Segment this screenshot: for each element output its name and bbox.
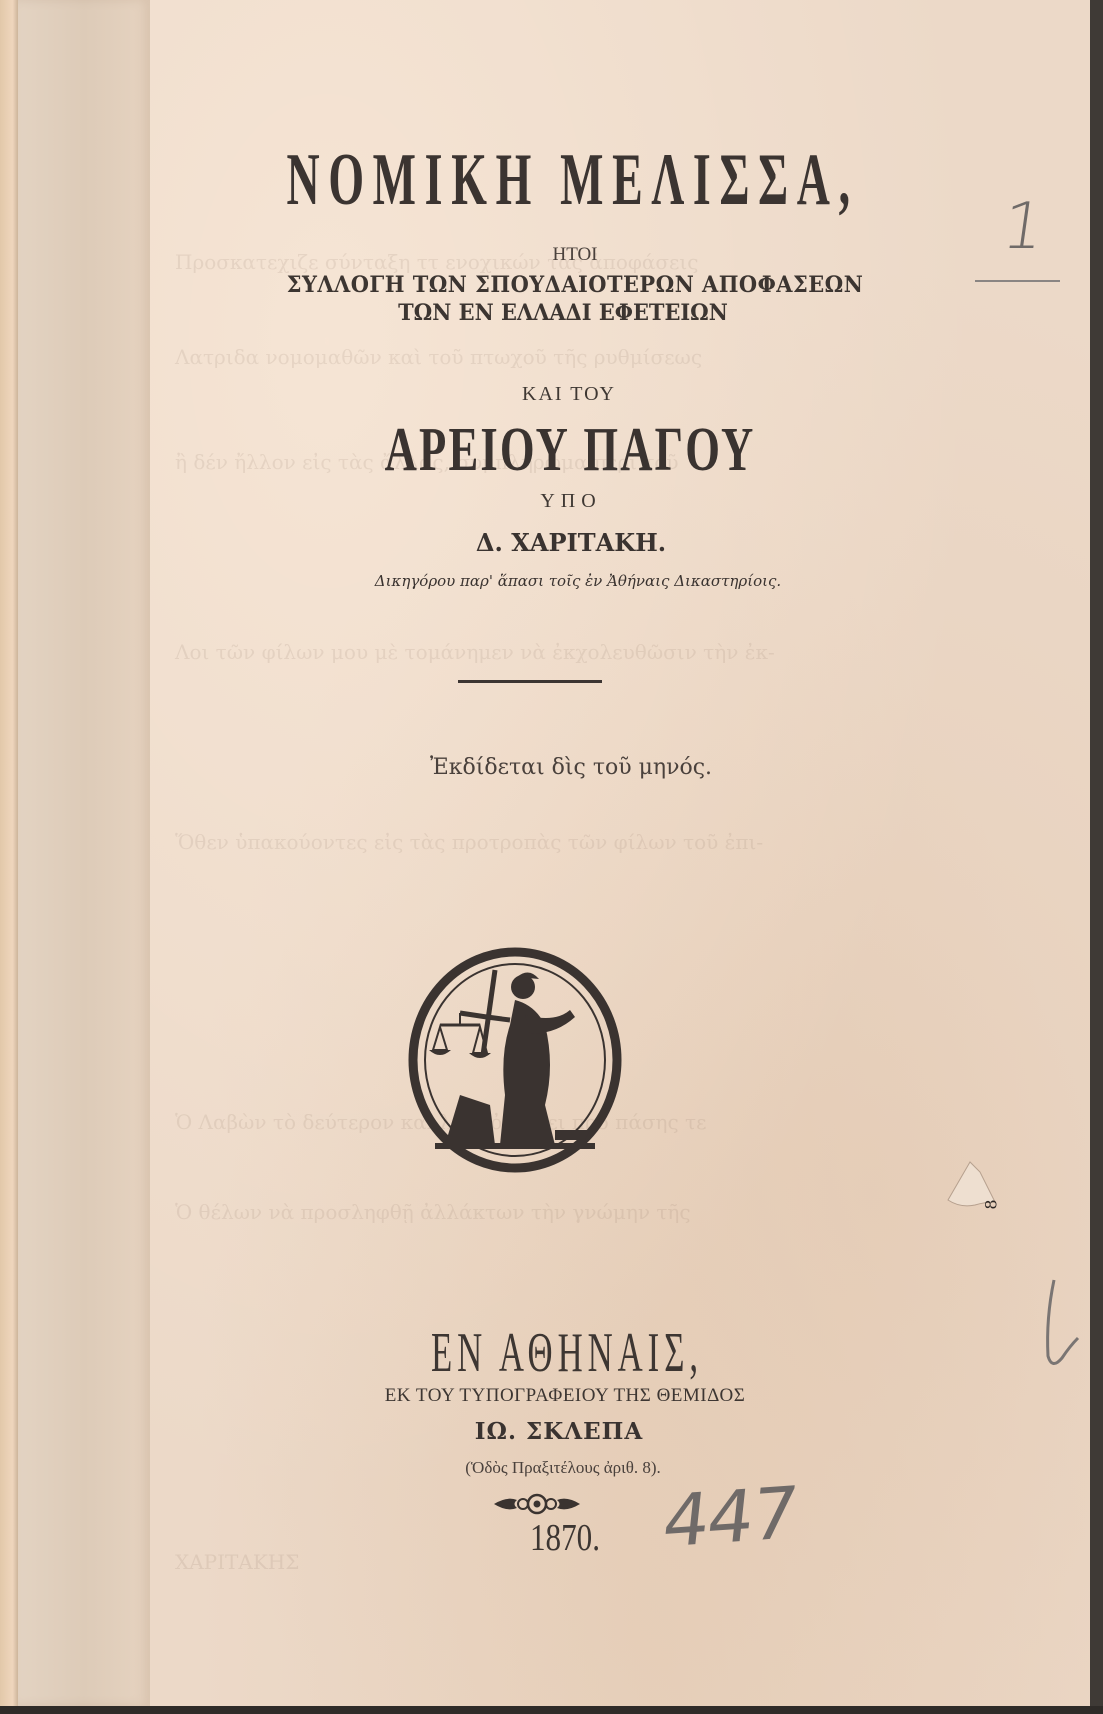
document-title: ΝΟΜΙΚΗ ΜΕΛΙΣΣΑ, (287, 138, 814, 223)
ornament-flourish-icon (492, 1492, 582, 1516)
justice-emblem-icon (405, 945, 625, 1175)
subtitle-line-2: ΤΩΝ ΕΝ ΕΛΛΑΔΙ ΕΦΕΤΕΙΩΝ (159, 300, 967, 326)
tear-label: 8 (982, 1199, 1001, 1209)
author-profession: Δικηγόρου παρ' ἅπασι τοῖς ἐν Ἀθήναις Δικ… (153, 572, 1003, 590)
author-name: Δ. ΧΑΡΙΤΑΚΗ. (146, 528, 996, 557)
court-name: ΑΡΕΙΟΥ ΠΑΓΟΥ (264, 415, 876, 486)
pencil-underline (975, 280, 1060, 282)
scan-edge-bottom (0, 1706, 1103, 1714)
subtitle-line-1: ΣΥΛΛΟΓΗ ΤΩΝ ΣΠΟΥΔΑΙΟΤΕΡΩΝ ΑΠΟΦΑΣΕΩΝ (171, 272, 979, 298)
publication-city: ΕΝ ΑΘΗΝΑΙΣ, (304, 1321, 831, 1385)
pencil-mark-margin-icon (1040, 1278, 1080, 1378)
and-of-text: ΚΑΙ ΤΟΥ (144, 383, 994, 406)
publication-year: 1870. (217, 1516, 914, 1560)
scan-edge-right (1090, 0, 1103, 1714)
printer-line: ΕΚ ΤΟΥ ΤΥΠΟΓΡΑΦΕΙΟΥ ΤΗΣ ΘΕΜΙΔΟΣ (140, 1385, 990, 1407)
conjunction-text: ΗΤΟΙ (150, 244, 1000, 266)
page-gutter (18, 0, 150, 1706)
by-text: ΥΠΟ (146, 490, 996, 513)
binding-strip (0, 0, 18, 1706)
pencil-number-bottom: 447 (659, 1471, 801, 1564)
publication-frequency: Ἐκδίδεται δὶς τοῦ μηνός. (146, 755, 996, 780)
printer-name: ΙΩ. ΣΚΛΕΠΑ (134, 1418, 984, 1445)
title-page: ΝΟΜΙΚΗ ΜΕΛΙΣΣΑ, ΗΤΟΙ ΣΥΛΛΟΓΗ ΤΩΝ ΣΠΟΥΔΑΙ… (150, 0, 1000, 1706)
printer-address: (Ὁδὸς Πραξιτέλους ἀριθ. 8). (138, 1458, 988, 1478)
divider-rule (458, 680, 602, 683)
